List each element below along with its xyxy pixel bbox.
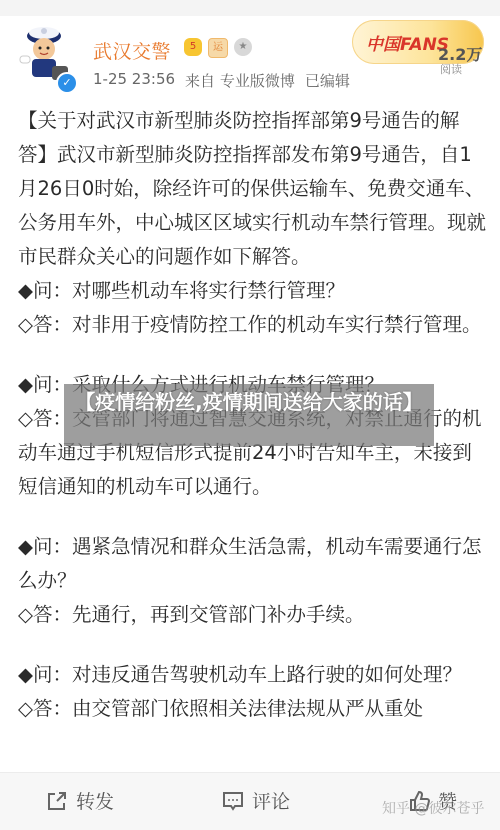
comment-label: 评论 [252,787,290,814]
top-bar [0,0,500,17]
edited-label[interactable]: 已编辑 [305,70,350,91]
comment-icon [222,790,244,812]
post-source: 来自 专业版微博 [185,70,295,91]
title-overlay: 【疫情给粉丝,疫情期间送给大家的话】 [64,384,434,446]
yun-badge-icon[interactable]: 运 [208,38,228,58]
question: ◆问：遇紧急情况和群众生活急需，机动车需要通行怎么办？ [18,530,488,598]
medal-badge-icon[interactable]: ★ [234,38,252,56]
post-meta: 1-25 23:56 来自 专业版微博 已编辑 [93,70,350,91]
watermark: 知乎 @彼尔苍乎 [382,798,484,818]
repost-label: 转发 [76,787,114,814]
post-timestamp: 1-25 23:56 [93,70,175,91]
answer: ◇答：对非用于疫情防控工作的机动车实行禁行管理。 [18,308,488,342]
fans-banner-label: 中国FANS [366,30,449,55]
repost-button[interactable]: 转发 [46,787,114,814]
question: ◆问：对哪些机动车将实行禁行管理？ [18,274,488,308]
read-label: 阅读 [440,61,462,77]
author-badges: 5 运 ★ [184,38,252,58]
verified-icon: ✓ [56,72,78,94]
repost-icon [46,790,68,812]
post-intro: 【关于对武汉市新型肺炎防控指挥部第9号通告的解答】武汉市新型肺炎防控指挥部发布第… [18,104,488,274]
answer: ◇答：先通行，再到交管部门补办手续。 [18,598,488,632]
crown-badge-icon[interactable]: 5 [184,38,202,56]
author-name[interactable]: 武汉交警 [93,37,171,64]
answer: ◇答：由交管部门依照相关法律法规从严从重处 [18,692,488,726]
comment-button[interactable]: 评论 [222,787,290,814]
question: ◆问：对违反通告驾驶机动车上路行驶的如何处理？ [18,658,488,692]
overlay-title: 【疫情给粉丝,疫情期间送给大家的话】 [64,384,434,416]
